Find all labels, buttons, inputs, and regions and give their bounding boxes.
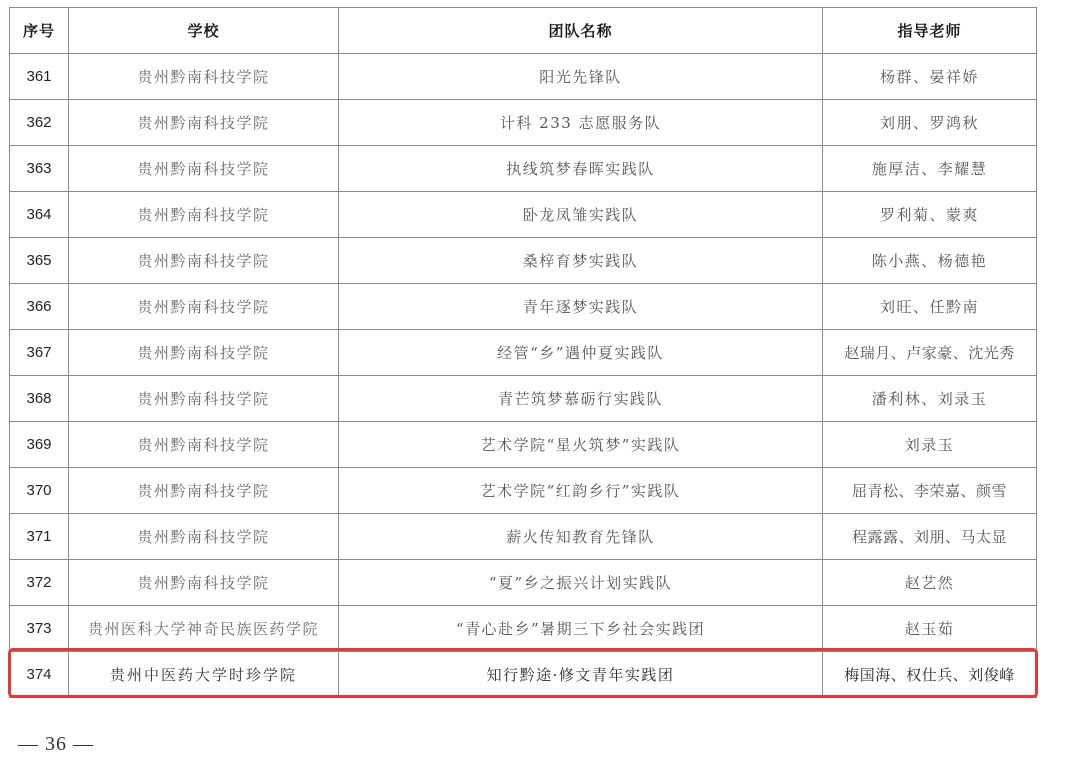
row-school: 贵州黔南科技学院 — [69, 514, 339, 560]
row-school: 贵州黔南科技学院 — [69, 146, 339, 192]
row-school: 贵州黔南科技学院 — [69, 376, 339, 422]
row-advisor: 刘录玉 — [823, 422, 1037, 468]
table-row: 363 贵州黔南科技学院 执线筑梦春晖实践队 施厚洁、李耀慧 — [10, 146, 1037, 192]
table-row: 369 贵州黔南科技学院 艺术学院“星火筑梦”实践队 刘录玉 — [10, 422, 1037, 468]
row-advisor: 施厚洁、李耀慧 — [823, 146, 1037, 192]
row-no: 370 — [10, 468, 69, 514]
table-row: 365 贵州黔南科技学院 桑梓育梦实践队 陈小燕、杨德艳 — [10, 238, 1037, 284]
row-school: 贵州中医药大学时珍学院 — [69, 652, 339, 698]
row-team: 计科 233 志愿服务队 — [339, 100, 823, 146]
table-row: 364 贵州黔南科技学院 卧龙凤雏实践队 罗利菊、蒙爽 — [10, 192, 1037, 238]
row-school: 贵州黔南科技学院 — [69, 100, 339, 146]
row-team: “夏”乡之振兴计划实践队 — [339, 560, 823, 606]
row-advisor: 刘旺、任黔南 — [823, 284, 1037, 330]
row-team: 卧龙凤雏实践队 — [339, 192, 823, 238]
header-no: 序号 — [10, 8, 69, 54]
row-advisor: 赵瑞月、卢家豪、沈光秀 — [823, 330, 1037, 376]
row-school: 贵州医科大学神奇民族医药学院 — [69, 606, 339, 652]
table-row: 366 贵州黔南科技学院 青年逐梦实践队 刘旺、任黔南 — [10, 284, 1037, 330]
row-no: 372 — [10, 560, 69, 606]
row-advisor: 赵玉茹 — [823, 606, 1037, 652]
table-header-row: 序号 学校 团队名称 指导老师 — [10, 8, 1037, 54]
row-advisor: 梅国海、权仕兵、刘俊峰 — [823, 652, 1037, 698]
table-row: 361 贵州黔南科技学院 阳光先锋队 杨群、晏祥娇 — [10, 54, 1037, 100]
row-team: 知行黔途·修文青年实践团 — [339, 652, 823, 698]
row-team: 桑梓育梦实践队 — [339, 238, 823, 284]
row-no: 364 — [10, 192, 69, 238]
row-school: 贵州黔南科技学院 — [69, 54, 339, 100]
row-school: 贵州黔南科技学院 — [69, 192, 339, 238]
row-advisor: 杨群、晏祥娇 — [823, 54, 1037, 100]
row-no: 373 — [10, 606, 69, 652]
row-team: 青芒筑梦慕砺行实践队 — [339, 376, 823, 422]
row-no: 365 — [10, 238, 69, 284]
row-team: 青年逐梦实践队 — [339, 284, 823, 330]
row-no: 366 — [10, 284, 69, 330]
row-team: 经管“乡”遇仲夏实践队 — [339, 330, 823, 376]
table-row: 368 贵州黔南科技学院 青芒筑梦慕砺行实践队 潘利林、刘录玉 — [10, 376, 1037, 422]
row-advisor: 潘利林、刘录玉 — [823, 376, 1037, 422]
row-advisor: 罗利菊、蒙爽 — [823, 192, 1037, 238]
row-team: 执线筑梦春晖实践队 — [339, 146, 823, 192]
table-row: 373 贵州医科大学神奇民族医药学院 “青心赴乡”暑期三下乡社会实践团 赵玉茹 — [10, 606, 1037, 652]
row-school: 贵州黔南科技学院 — [69, 284, 339, 330]
row-team: 艺术学院“红韵乡行”实践队 — [339, 468, 823, 514]
row-advisor: 陈小燕、杨德艳 — [823, 238, 1037, 284]
row-school: 贵州黔南科技学院 — [69, 468, 339, 514]
row-team: 艺术学院“星火筑梦”实践队 — [339, 422, 823, 468]
row-school: 贵州黔南科技学院 — [69, 330, 339, 376]
row-no: 363 — [10, 146, 69, 192]
row-no: 374 — [10, 652, 69, 698]
row-advisor: 程露露、刘朋、马太显 — [823, 514, 1037, 560]
row-advisor: 刘朋、罗鸿秋 — [823, 100, 1037, 146]
table-row: 367 贵州黔南科技学院 经管“乡”遇仲夏实践队 赵瑞月、卢家豪、沈光秀 — [10, 330, 1037, 376]
header-team: 团队名称 — [339, 8, 823, 54]
table-row: 371 贵州黔南科技学院 薪火传知教育先锋队 程露露、刘朋、马太显 — [10, 514, 1037, 560]
table-row-highlighted: 374 贵州中医药大学时珍学院 知行黔途·修文青年实践团 梅国海、权仕兵、刘俊峰 — [10, 652, 1037, 698]
row-advisor: 赵艺然 — [823, 560, 1037, 606]
row-school: 贵州黔南科技学院 — [69, 422, 339, 468]
row-team: 薪火传知教育先锋队 — [339, 514, 823, 560]
row-team: 阳光先锋队 — [339, 54, 823, 100]
table-row: 372 贵州黔南科技学院 “夏”乡之振兴计划实践队 赵艺然 — [10, 560, 1037, 606]
row-no: 371 — [10, 514, 69, 560]
row-no: 368 — [10, 376, 69, 422]
row-school: 贵州黔南科技学院 — [69, 560, 339, 606]
row-team: “青心赴乡”暑期三下乡社会实践团 — [339, 606, 823, 652]
header-school: 学校 — [69, 8, 339, 54]
row-advisor: 屈青松、李荣嘉、颜雪 — [823, 468, 1037, 514]
table-row: 370 贵州黔南科技学院 艺术学院“红韵乡行”实践队 屈青松、李荣嘉、颜雪 — [10, 468, 1037, 514]
page-number: — 36 — — [18, 733, 94, 756]
row-school: 贵州黔南科技学院 — [69, 238, 339, 284]
row-no: 369 — [10, 422, 69, 468]
header-advisor: 指导老师 — [823, 8, 1037, 54]
row-no: 361 — [10, 54, 69, 100]
table-row: 362 贵州黔南科技学院 计科 233 志愿服务队 刘朋、罗鸿秋 — [10, 100, 1037, 146]
row-no: 362 — [10, 100, 69, 146]
row-no: 367 — [10, 330, 69, 376]
award-list-table: 序号 学校 团队名称 指导老师 361 贵州黔南科技学院 阳光先锋队 杨群、晏祥… — [9, 7, 1037, 698]
